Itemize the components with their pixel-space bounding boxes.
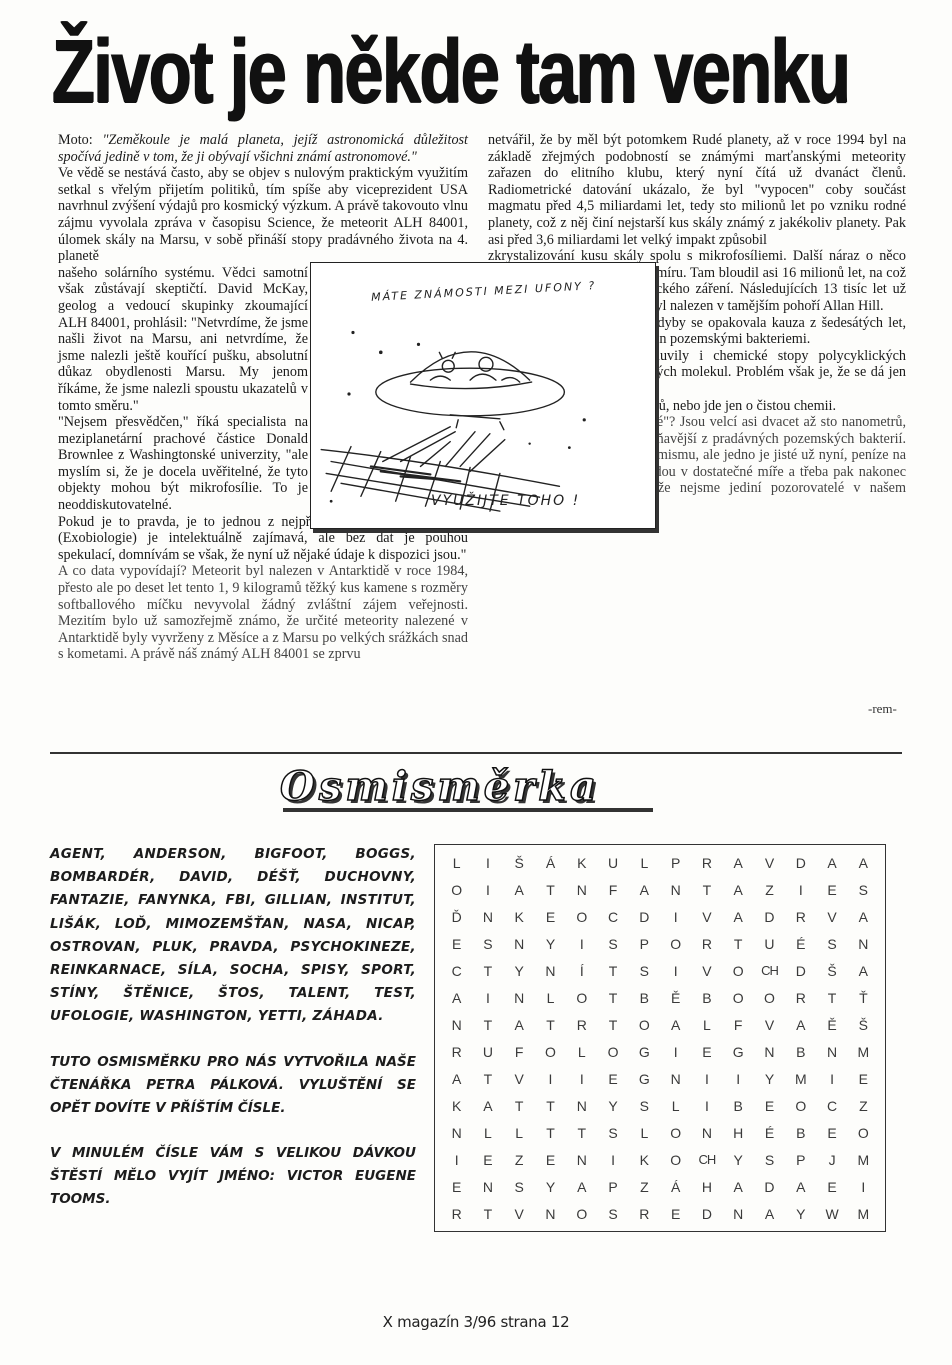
grid-cell[interactable]: N xyxy=(504,984,535,1011)
grid-cell[interactable]: N xyxy=(535,957,566,984)
grid-cell[interactable]: Ě xyxy=(660,984,691,1011)
grid-cell[interactable]: E xyxy=(441,1173,472,1200)
grid-cell[interactable]: S xyxy=(629,1092,660,1119)
grid-cell[interactable]: U xyxy=(597,849,628,876)
grid-cell[interactable]: O xyxy=(660,930,691,957)
puzzle-word-list: AGENT, ANDERSON, BIGFOOT, BOGGS, BOMBARD… xyxy=(50,843,416,1029)
grid-cell[interactable]: Y xyxy=(723,1146,754,1173)
left-paragraph-1-narrow: našeho solárního systému. Vědci samotní … xyxy=(58,265,308,414)
grid-cell[interactable]: U xyxy=(472,1038,503,1065)
grid-cell[interactable]: Z xyxy=(629,1173,660,1200)
grid-cell[interactable]: F xyxy=(597,876,628,903)
author-signature: -rem- xyxy=(868,701,897,717)
grid-cell[interactable]: T xyxy=(535,1011,566,1038)
grid-cell[interactable]: M xyxy=(848,1146,879,1173)
left-paragraph-1-wide: Ve vědě se nestává často, aby se objev s… xyxy=(58,165,468,265)
grid-cell[interactable]: T xyxy=(597,984,628,1011)
grid-cell[interactable]: V xyxy=(754,1011,785,1038)
grid-cell[interactable]: N xyxy=(566,876,597,903)
grid-cell[interactable]: S xyxy=(848,876,879,903)
grid-cell[interactable]: V xyxy=(754,849,785,876)
grid-cell[interactable]: B xyxy=(723,1092,754,1119)
grid-cell[interactable]: A xyxy=(723,903,754,930)
grid-cell[interactable]: Y xyxy=(535,1173,566,1200)
grid-cell[interactable]: O xyxy=(566,984,597,1011)
left-paragraph-2-narrow: "Nejsem přesvědčen," říká specialista na… xyxy=(58,414,308,514)
grid-cell[interactable]: D xyxy=(754,903,785,930)
grid-cell[interactable]: N xyxy=(504,930,535,957)
grid-cell[interactable]: T xyxy=(504,1092,535,1119)
grid-cell[interactable]: Z xyxy=(754,876,785,903)
grid-cell[interactable]: Ť xyxy=(848,984,879,1011)
grid-cell[interactable]: D xyxy=(785,849,816,876)
grid-cell[interactable]: N xyxy=(816,1038,847,1065)
grid-cell[interactable]: É xyxy=(785,930,816,957)
grid-cell[interactable]: E xyxy=(754,1092,785,1119)
grid-cell[interactable]: O xyxy=(660,1146,691,1173)
grid-cell[interactable]: E xyxy=(472,1146,503,1173)
motto-label: Moto: xyxy=(58,132,102,148)
left-paragraph-3: A co data vypovídají? Meteorit byl nalez… xyxy=(58,563,468,663)
grid-cell[interactable]: I xyxy=(566,1065,597,1092)
grid-cell[interactable]: M xyxy=(848,1200,879,1227)
grid-cell[interactable]: V xyxy=(691,957,722,984)
grid-cell[interactable]: L xyxy=(566,1038,597,1065)
grid-cell[interactable]: G xyxy=(629,1038,660,1065)
grid-cell[interactable]: M xyxy=(785,1065,816,1092)
grid-cell[interactable]: E xyxy=(816,1119,847,1146)
grid-cell[interactable]: Y xyxy=(754,1065,785,1092)
motto-quote: "Zeměkoule je malá planeta, jejíž astron… xyxy=(58,132,468,165)
page-footer: X magazín 3/96 strana 12 xyxy=(0,1313,952,1331)
grid-cell[interactable]: L xyxy=(629,1119,660,1146)
grid-cell[interactable]: I xyxy=(691,1092,722,1119)
article-headline: Život je někde tam venku xyxy=(52,22,723,122)
motto: Moto: "Zeměkoule je malá planeta, jejíž … xyxy=(58,132,468,165)
grid-cell[interactable]: S xyxy=(597,1200,628,1227)
grid-cell[interactable]: N xyxy=(691,1119,722,1146)
grid-cell[interactable]: N xyxy=(848,930,879,957)
grid-cell[interactable]: Ě xyxy=(816,1011,847,1038)
grid-cell[interactable]: N xyxy=(660,1065,691,1092)
grid-cell[interactable]: A xyxy=(441,984,472,1011)
grid-cell[interactable]: V xyxy=(504,1065,535,1092)
grid-cell[interactable]: S xyxy=(754,1146,785,1173)
grid-cell[interactable]: S xyxy=(472,930,503,957)
grid-cell[interactable]: F xyxy=(504,1038,535,1065)
grid-cell[interactable]: P xyxy=(597,1173,628,1200)
grid-cell[interactable]: P xyxy=(629,930,660,957)
grid-cell[interactable]: R xyxy=(691,849,722,876)
grid-cell[interactable]: N xyxy=(441,1119,472,1146)
grid-cell[interactable]: K xyxy=(629,1146,660,1173)
grid-cell[interactable]: A xyxy=(754,1200,785,1227)
grid-cell[interactable]: I xyxy=(566,930,597,957)
grid-cell[interactable]: J xyxy=(816,1146,847,1173)
grid-cell[interactable]: L xyxy=(535,984,566,1011)
grid-cell[interactable]: Z xyxy=(848,1092,879,1119)
grid-cell[interactable]: M xyxy=(848,1038,879,1065)
grid-cell[interactable]: T xyxy=(691,876,722,903)
grid-cell[interactable]: N xyxy=(566,1146,597,1173)
grid-cell[interactable]: T xyxy=(566,1119,597,1146)
grid-cell[interactable]: D xyxy=(785,957,816,984)
grid-cell[interactable]: L xyxy=(691,1011,722,1038)
grid-cell[interactable]: N xyxy=(660,876,691,903)
grid-cell[interactable]: A xyxy=(785,1011,816,1038)
grid-cell[interactable]: S xyxy=(597,930,628,957)
grid-cell[interactable]: E xyxy=(441,930,472,957)
grid-cell[interactable]: T xyxy=(535,1119,566,1146)
grid-cell[interactable]: E xyxy=(535,1146,566,1173)
grid-cell[interactable]: O xyxy=(785,1092,816,1119)
grid-cell[interactable]: O xyxy=(660,1119,691,1146)
grid-cell[interactable]: A xyxy=(472,1092,503,1119)
grid-cell[interactable]: E xyxy=(816,876,847,903)
grid-cell[interactable]: I xyxy=(660,957,691,984)
grid-cell[interactable]: K xyxy=(566,849,597,876)
grid-cell[interactable]: H xyxy=(723,1119,754,1146)
grid-cell[interactable]: T xyxy=(597,1011,628,1038)
grid-cell[interactable]: T xyxy=(535,1092,566,1119)
grid-cell[interactable]: E xyxy=(535,903,566,930)
grid-cell[interactable]: Ď xyxy=(441,903,472,930)
grid-cell[interactable]: W xyxy=(816,1200,847,1227)
grid-cell[interactable]: O xyxy=(723,984,754,1011)
grid-cell[interactable]: R xyxy=(629,1200,660,1227)
grid-cell[interactable]: A xyxy=(848,903,879,930)
grid-cell[interactable]: A xyxy=(816,849,847,876)
grid-cell[interactable]: B xyxy=(691,984,722,1011)
grid-cell[interactable]: O xyxy=(754,984,785,1011)
grid-cell[interactable]: R xyxy=(785,903,816,930)
grid-cell[interactable]: B xyxy=(785,1119,816,1146)
grid-cell[interactable]: Y xyxy=(535,930,566,957)
grid-cell[interactable]: C xyxy=(441,957,472,984)
grid-cell[interactable]: I xyxy=(723,1065,754,1092)
grid-cell[interactable]: A xyxy=(723,849,754,876)
grid-cell[interactable]: R xyxy=(441,1038,472,1065)
grid-cell[interactable]: N xyxy=(441,1011,472,1038)
ufo-drawing-icon xyxy=(311,263,655,528)
grid-cell[interactable]: A xyxy=(629,876,660,903)
grid-cell[interactable]: T xyxy=(723,930,754,957)
grid-cell[interactable]: E xyxy=(691,1038,722,1065)
grid-cell[interactable]: A xyxy=(723,1173,754,1200)
grid-cell[interactable]: V xyxy=(504,1200,535,1227)
grid-cell[interactable]: E xyxy=(816,1173,847,1200)
grid-cell[interactable]: S xyxy=(597,1119,628,1146)
grid-cell[interactable]: N xyxy=(535,1200,566,1227)
grid-cell[interactable]: A xyxy=(504,1011,535,1038)
grid-cell[interactable]: N xyxy=(754,1038,785,1065)
grid-cell[interactable]: Á xyxy=(535,849,566,876)
grid-cell[interactable]: R xyxy=(566,1011,597,1038)
grid-cell[interactable]: I xyxy=(660,1038,691,1065)
grid-cell[interactable]: N xyxy=(472,903,503,930)
grid-cell[interactable]: C xyxy=(597,903,628,930)
grid-cell[interactable]: T xyxy=(472,1200,503,1227)
grid-cell[interactable]: Š xyxy=(504,849,535,876)
grid-cell[interactable]: G xyxy=(723,1038,754,1065)
grid-cell[interactable]: É xyxy=(754,1119,785,1146)
grid-cell[interactable]: I xyxy=(472,849,503,876)
section-divider xyxy=(50,752,902,754)
grid-cell[interactable]: Í xyxy=(566,957,597,984)
grid-cell[interactable]: CH xyxy=(691,1146,722,1173)
grid-cell[interactable]: H xyxy=(691,1173,722,1200)
grid-cell[interactable]: O xyxy=(848,1119,879,1146)
grid-cell[interactable]: O xyxy=(629,1011,660,1038)
grid-cell[interactable]: F xyxy=(723,1011,754,1038)
grid-cell[interactable]: I xyxy=(785,876,816,903)
grid-cell[interactable]: N xyxy=(723,1200,754,1227)
grid-cell[interactable]: B xyxy=(629,984,660,1011)
right-paragraph-1-wide: netvářil, že by měl být potomkem Rudé pl… xyxy=(488,132,906,248)
puzzle-title-underline xyxy=(283,808,653,812)
grid-cell[interactable]: I xyxy=(441,1146,472,1173)
grid-cell[interactable]: I xyxy=(535,1065,566,1092)
grid-cell[interactable]: CH xyxy=(754,957,785,984)
grid-cell[interactable]: B xyxy=(785,1038,816,1065)
grid-cell[interactable]: L xyxy=(629,849,660,876)
cartoon-caption-bottom: VYUŽIJTE TOHO ! xyxy=(431,493,580,509)
grid-cell[interactable]: Y xyxy=(785,1200,816,1227)
grid-cell[interactable]: R xyxy=(691,930,722,957)
grid-cell[interactable]: I xyxy=(472,876,503,903)
grid-cell[interactable]: I xyxy=(816,1065,847,1092)
grid-cell[interactable]: I xyxy=(597,1146,628,1173)
grid-cell[interactable]: K xyxy=(504,903,535,930)
grid-cell[interactable]: D xyxy=(754,1173,785,1200)
grid-cell[interactable]: D xyxy=(691,1200,722,1227)
grid-cell[interactable]: L xyxy=(504,1119,535,1146)
puzzle-author-note: TUTO OSMISMĚRKU PRO NÁS VYTVOŘILA NAŠE Č… xyxy=(50,1051,416,1121)
grid-cell[interactable]: T xyxy=(472,957,503,984)
grid-cell[interactable]: S xyxy=(629,957,660,984)
grid-cell[interactable]: T xyxy=(597,957,628,984)
grid-cell[interactable]: Y xyxy=(597,1092,628,1119)
grid-cell[interactable]: S xyxy=(816,930,847,957)
grid-cell[interactable]: T xyxy=(472,1065,503,1092)
grid-cell[interactable]: V xyxy=(816,903,847,930)
grid-cell[interactable]: E xyxy=(660,1200,691,1227)
grid-cell[interactable]: P xyxy=(660,849,691,876)
grid-cell[interactable]: T xyxy=(535,876,566,903)
grid-cell[interactable]: Š xyxy=(816,957,847,984)
grid-cell[interactable]: U xyxy=(754,930,785,957)
grid-cell[interactable]: A xyxy=(504,876,535,903)
grid-cell[interactable]: L xyxy=(472,1119,503,1146)
grid-cell[interactable]: L xyxy=(660,1092,691,1119)
puzzle-previous-solution-note: V MINULÉM ČÍSLE VÁM S VELIKOU DÁVKOU ŠTĚ… xyxy=(50,1142,416,1212)
grid-cell[interactable]: A xyxy=(785,1173,816,1200)
grid-cell[interactable]: O xyxy=(566,903,597,930)
grid-cell[interactable]: R xyxy=(785,984,816,1011)
grid-cell[interactable]: D xyxy=(629,903,660,930)
grid-cell[interactable]: A xyxy=(660,1011,691,1038)
grid-cell[interactable]: E xyxy=(597,1065,628,1092)
grid-cell[interactable]: A xyxy=(848,849,879,876)
grid-cell[interactable]: A xyxy=(848,957,879,984)
grid-cell[interactable]: Y xyxy=(504,957,535,984)
grid-cell[interactable]: A xyxy=(566,1173,597,1200)
grid-cell[interactable]: S xyxy=(504,1173,535,1200)
grid-cell[interactable]: N xyxy=(472,1173,503,1200)
grid-cell[interactable]: O xyxy=(723,957,754,984)
grid-cell[interactable]: G xyxy=(629,1065,660,1092)
grid-cell[interactable]: Á xyxy=(660,1173,691,1200)
grid-cell[interactable]: I xyxy=(472,984,503,1011)
grid-cell[interactable]: L xyxy=(441,849,472,876)
grid-cell[interactable]: Š xyxy=(848,1011,879,1038)
grid-cell[interactable]: O xyxy=(597,1038,628,1065)
grid-cell[interactable]: A xyxy=(723,876,754,903)
ufo-cartoon: MÁTE ZNÁMOSTI MEZI UFONY ? VYUŽIJTE TOHO… xyxy=(310,262,656,529)
grid-cell[interactable]: N xyxy=(566,1092,597,1119)
grid-cell[interactable]: O xyxy=(441,876,472,903)
grid-cell[interactable]: O xyxy=(535,1038,566,1065)
grid-cell[interactable]: T xyxy=(472,1011,503,1038)
grid-cell[interactable]: R xyxy=(441,1200,472,1227)
grid-cell[interactable]: E xyxy=(848,1065,879,1092)
grid-cell[interactable]: I xyxy=(848,1173,879,1200)
grid-cell[interactable]: Z xyxy=(504,1146,535,1173)
word-search-grid[interactable]: LIŠÁKULPRAVDAAOIATNFANTAZIESĎNKEOCDIVADR… xyxy=(434,844,886,1232)
grid-cell[interactable]: O xyxy=(566,1200,597,1227)
grid-cell[interactable]: C xyxy=(816,1092,847,1119)
grid-cell[interactable]: V xyxy=(691,903,722,930)
grid-cell[interactable]: K xyxy=(441,1092,472,1119)
grid-cell[interactable]: P xyxy=(785,1146,816,1173)
grid-cell[interactable]: A xyxy=(441,1065,472,1092)
grid-cell[interactable]: T xyxy=(816,984,847,1011)
grid-cell[interactable]: I xyxy=(691,1065,722,1092)
grid-cell[interactable]: I xyxy=(660,903,691,930)
